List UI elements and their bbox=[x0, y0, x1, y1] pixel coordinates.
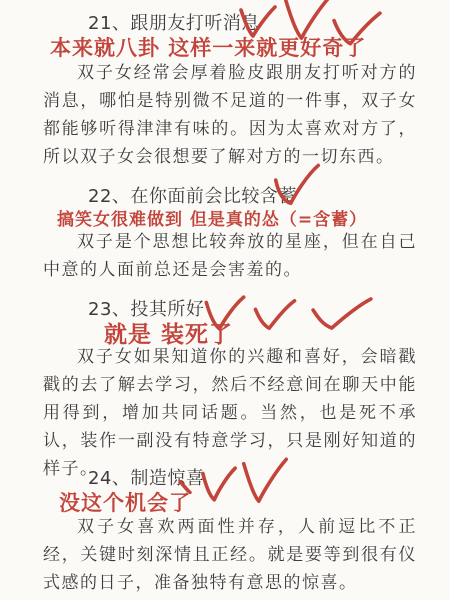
checkmark-icon bbox=[252, 298, 298, 332]
section-24-body: 双子女喜欢两面性并存，人前逗比不正经，关键时刻深情且正经。就是要等到很有仪式感的… bbox=[43, 513, 417, 597]
section-21-annotation: 本来就八卦 这样一来就更好奇了 bbox=[50, 32, 366, 62]
article-page: 21、跟朋友打听消息 本来就八卦 这样一来就更好奇了 双子女经常会厚着脸皮跟朋友… bbox=[0, 0, 450, 600]
section-22-body: 双子是个思想比较奔放的星座，但在自己中意的人面前总还是会害羞的。 bbox=[43, 228, 417, 284]
section-22-annotation: 搞笑女很难做到 但是真的怂（=含蓄） bbox=[57, 205, 367, 230]
section-21-body: 双子女经常会厚着脸皮跟朋友打听对方的消息，哪怕是特别微不足道的一件事，双子女都能… bbox=[43, 59, 417, 171]
section-23-body: 双子女如果知道你的兴趣和喜好，会暗戳戳的去了解去学习，然后不经意间在聊天中能用得… bbox=[43, 343, 417, 483]
checkmark-icon bbox=[308, 296, 376, 332]
